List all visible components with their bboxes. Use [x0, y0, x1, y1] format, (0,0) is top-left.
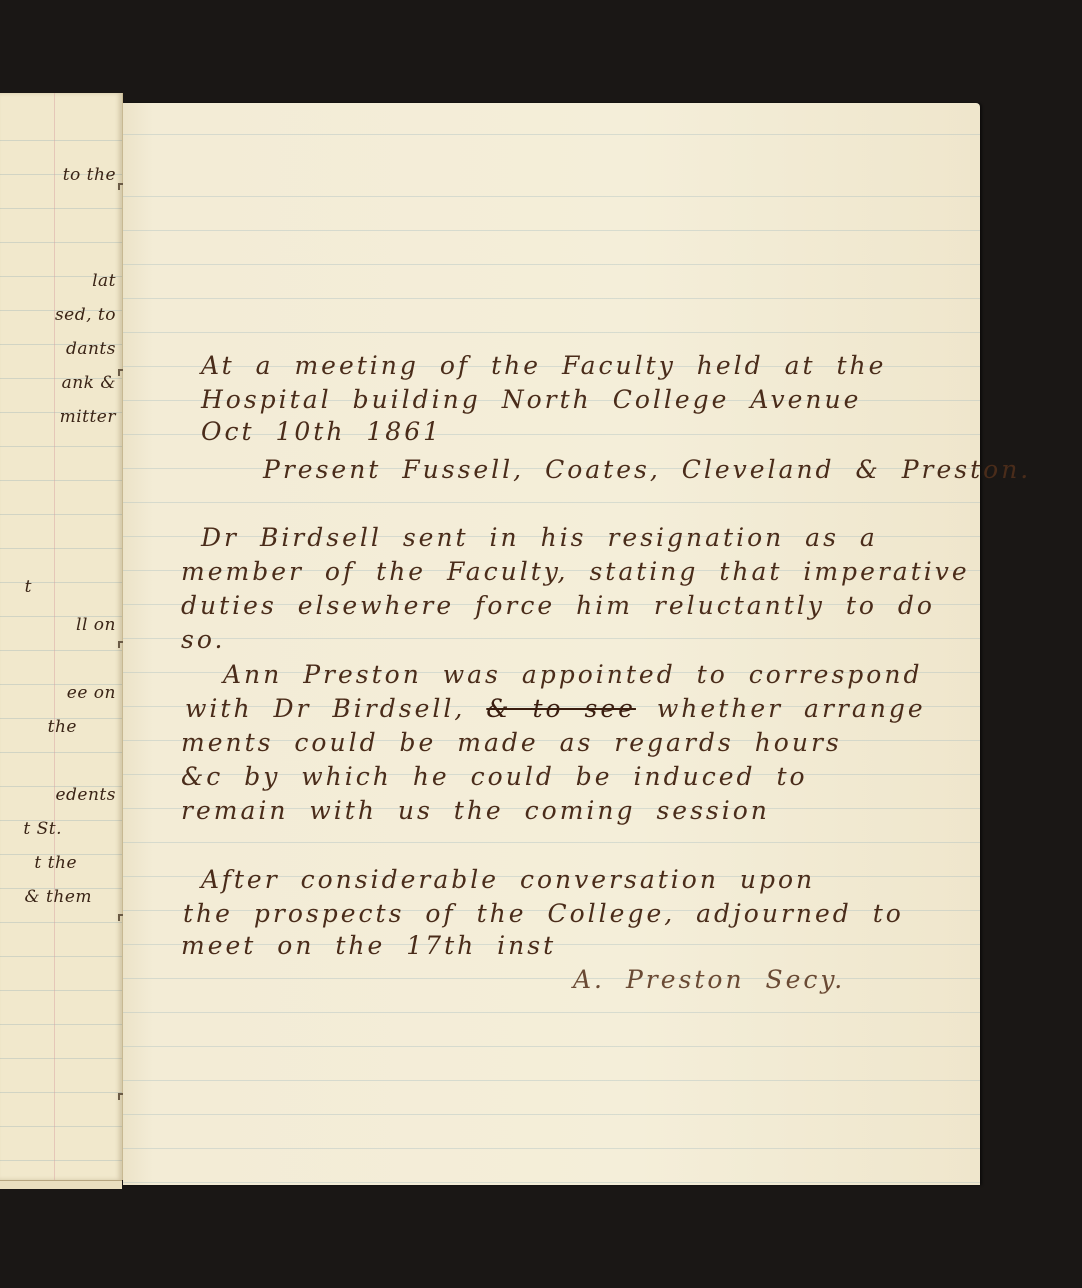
left-fragment: t	[25, 577, 32, 597]
text-line: member of the Faculty, stating that impe…	[123, 557, 980, 586]
heading-line: At a meeting of the Faculty held at the	[123, 351, 980, 380]
text-line: so.	[123, 625, 980, 654]
heading-date: Oct 10th 1861	[123, 417, 980, 446]
left-fragment: t the	[34, 853, 77, 873]
text-line: &c by which he could be induced to	[123, 762, 980, 791]
text-line: Dr Birdsell sent in his resignation as a	[123, 523, 980, 552]
left-fragment: to the	[63, 165, 116, 185]
text-segment: with Dr Birdsell,	[185, 694, 465, 723]
left-fragment: the	[48, 717, 77, 737]
text-line: meet on the 17th inst	[123, 931, 980, 960]
left-fragment: lat	[92, 271, 116, 291]
secretary-signature: A. Preston Secy.	[123, 965, 980, 994]
text-line: ments could be made as regards hours	[123, 728, 980, 757]
text-line: with Dr Birdsell, & to see whether arran…	[123, 694, 980, 723]
text-line: Ann Preston was appointed to correspond	[123, 660, 980, 689]
attendance-line: Present Fussell, Coates, Cleveland & Pre…	[123, 455, 980, 484]
underlying-sheet-edge	[0, 1180, 122, 1189]
struck-text: & to see	[486, 694, 636, 723]
left-fragment: & them	[25, 887, 93, 907]
heading-line: Hospital building North College Avenue	[123, 385, 980, 414]
right-page: At a meeting of the Faculty held at the …	[123, 103, 980, 1185]
text-line: After considerable conversation upon	[123, 865, 980, 894]
left-fragment: ank &	[62, 373, 116, 393]
left-fragment: sed, to	[55, 305, 116, 325]
text-segment: whether arrange	[657, 694, 926, 723]
text-line: duties elsewhere force him reluctantly t…	[123, 591, 980, 620]
left-fragment: edents	[55, 785, 116, 805]
text-line: the prospects of the College, adjourned …	[123, 899, 980, 928]
left-fragment: dants	[66, 339, 116, 359]
left-fragment: t St.	[23, 819, 62, 839]
left-page: to the lat sed, to dants ank & mitter t …	[0, 93, 123, 1180]
left-fragment: ll on	[76, 615, 116, 635]
left-fragment: mitter	[60, 407, 116, 427]
left-fragment: ee on	[67, 683, 116, 703]
margin-line	[54, 93, 55, 1180]
text-line: remain with us the coming session	[123, 796, 980, 825]
